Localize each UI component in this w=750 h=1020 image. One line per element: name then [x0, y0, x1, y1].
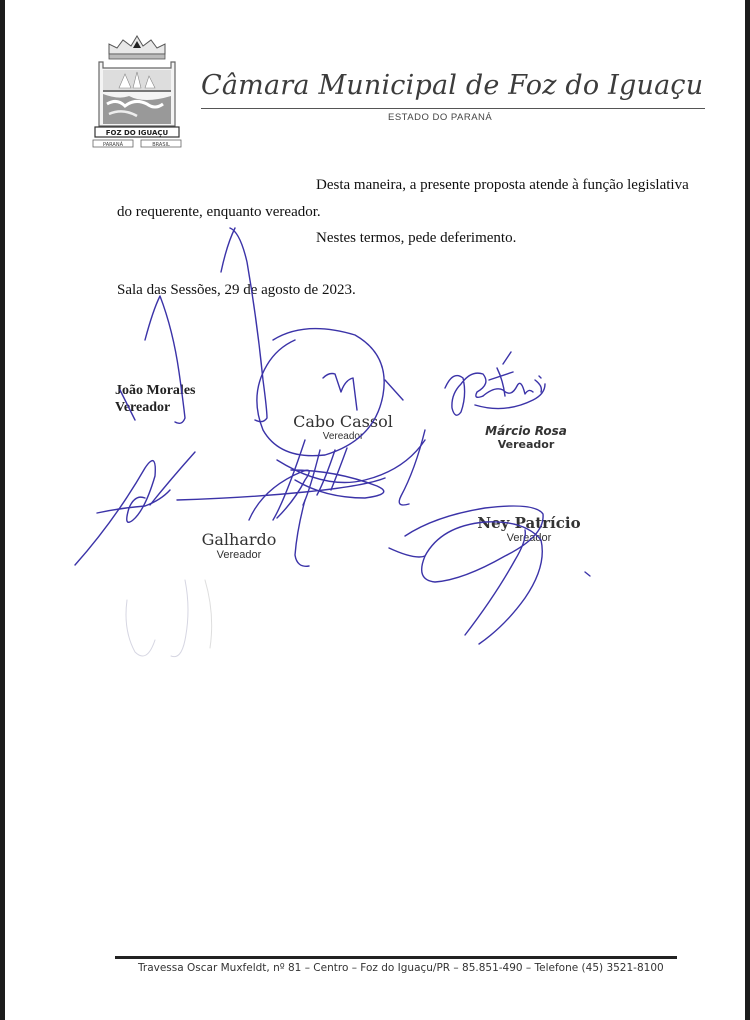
signatory-role: Vereador [189, 549, 289, 561]
paragraph-closing: Nestes termos, pede deferimento. [316, 230, 516, 247]
signatory-marcio-rosa: Márcio Rosa Vereador [481, 424, 571, 451]
place-and-date: Sala das Sessões, 29 de agosto de 2023. [117, 282, 356, 299]
signatory-role: Vereador [283, 431, 403, 442]
signatory-name: Márcio Rosa [481, 424, 571, 438]
signatory-role: Vereador [481, 438, 571, 451]
paragraph-1: Desta maneira, a presente proposta atend… [316, 177, 689, 194]
signatory-ney-patricio: Ney Patrício Vereador [467, 514, 591, 544]
footer-address: Travessa Oscar Muxfeldt, nº 81 – Centro … [138, 962, 664, 974]
svg-text:FOZ DO IGUAÇU: FOZ DO IGUAÇU [106, 129, 169, 137]
signatory-joao-morales: João Morales Vereador [115, 382, 195, 416]
signatory-role: Vereador [115, 399, 195, 416]
paragraph-1-continued: do requerente, enquanto vereador. [117, 204, 321, 221]
signatory-name: João Morales [115, 382, 195, 399]
signature-marcio-rosa [445, 373, 486, 415]
signatory-name: Ney Patrício [467, 514, 591, 532]
header-divider [201, 108, 705, 109]
svg-text:PARANÁ: PARANÁ [103, 141, 124, 148]
signatory-galhardo: Galhardo Vereador [189, 530, 289, 561]
footer-divider [115, 956, 677, 959]
document-page: FOZ DO IGUAÇU PARANÁ BRASIL Câmara Munic… [5, 0, 745, 1020]
signatory-name: Galhardo [189, 530, 289, 549]
signatory-name: Cabo Cassol [283, 412, 403, 431]
signatory-role: Vereador [467, 532, 591, 544]
signature-galhardo [75, 461, 155, 565]
institution-title: Câmara Municipal de Foz do Iguaçu [201, 70, 711, 101]
municipal-coat-of-arms-icon: FOZ DO IGUAÇU PARANÁ BRASIL [89, 34, 185, 154]
svg-text:BRASIL: BRASIL [152, 142, 170, 148]
signatory-cabo-cassol: Cabo Cassol Vereador [283, 412, 403, 442]
coat-of-arms-logo: FOZ DO IGUAÇU PARANÁ BRASIL [89, 34, 185, 154]
